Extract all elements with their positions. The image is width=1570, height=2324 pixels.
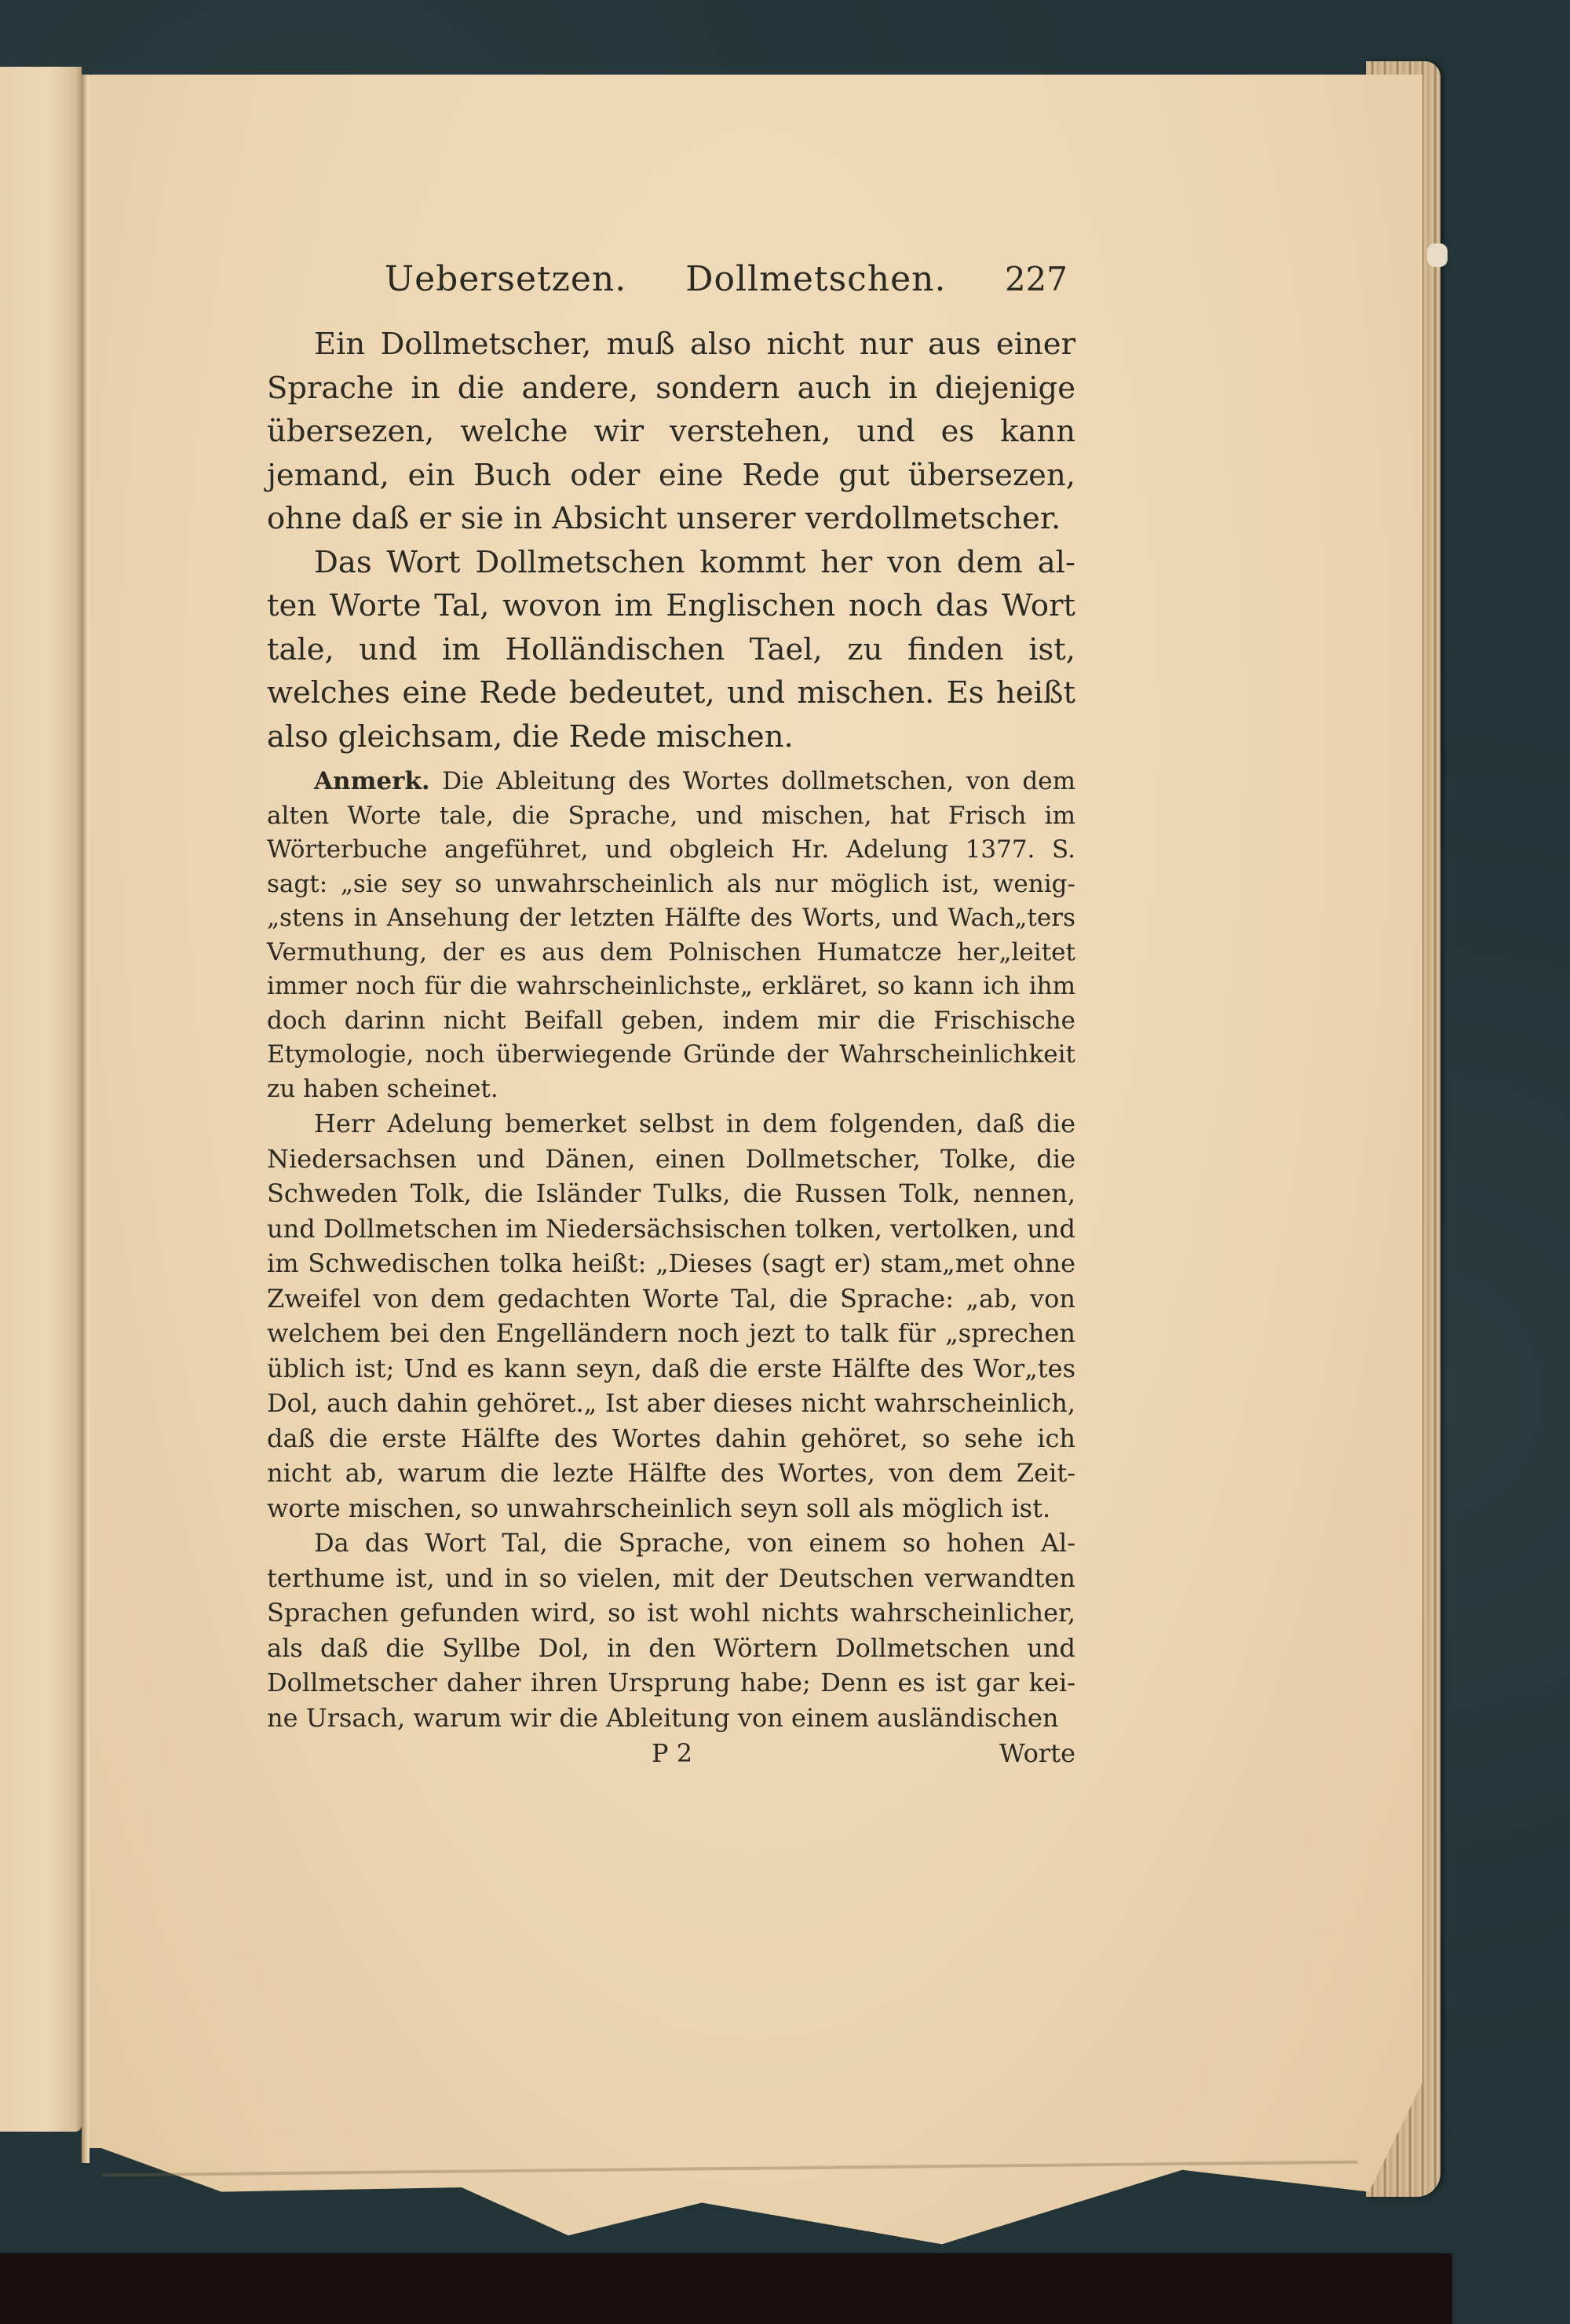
annotation-note: Anmerk. Die Ableitung des Wortes dollmet… (267, 765, 1075, 1106)
catchword: Worte (999, 1738, 1075, 1768)
paragraph-3: Herr Adelung bemerket selbst in dem folg… (267, 1106, 1075, 1526)
book-gutter (82, 75, 89, 2163)
page-tab-marker (1427, 243, 1448, 267)
note-label: Anmerk. (314, 767, 430, 795)
page-text-block: Uebersetzen. Dollmetschen. 227 Ein Dollm… (267, 259, 1075, 1768)
running-title-right: Dollmetschen. (685, 259, 946, 299)
running-title-left: Uebersetzen. (385, 259, 626, 299)
facing-page-edge (0, 67, 82, 2132)
signature-mark: P 2 (652, 1738, 692, 1768)
page-number: 227 (1005, 260, 1068, 298)
scan-bottom-shadow (0, 2253, 1452, 2324)
paragraph-2: Das Wort Dollmetschen kommt her von dem … (267, 541, 1075, 759)
note-text: Die Ableitung des Wortes dollmetschen, v… (267, 767, 1075, 1103)
running-title: Uebersetzen. Dollmetschen. (385, 259, 947, 299)
running-head: Uebersetzen. Dollmetschen. 227 (267, 259, 1075, 299)
paragraph-4: Da das Wort Tal, die Sprache, von einem … (267, 1526, 1075, 1735)
page-footer: P 2 Worte (267, 1738, 1075, 1768)
paragraph-1: Ein Dollmetscher, muß also nicht nur aus… (267, 323, 1075, 541)
